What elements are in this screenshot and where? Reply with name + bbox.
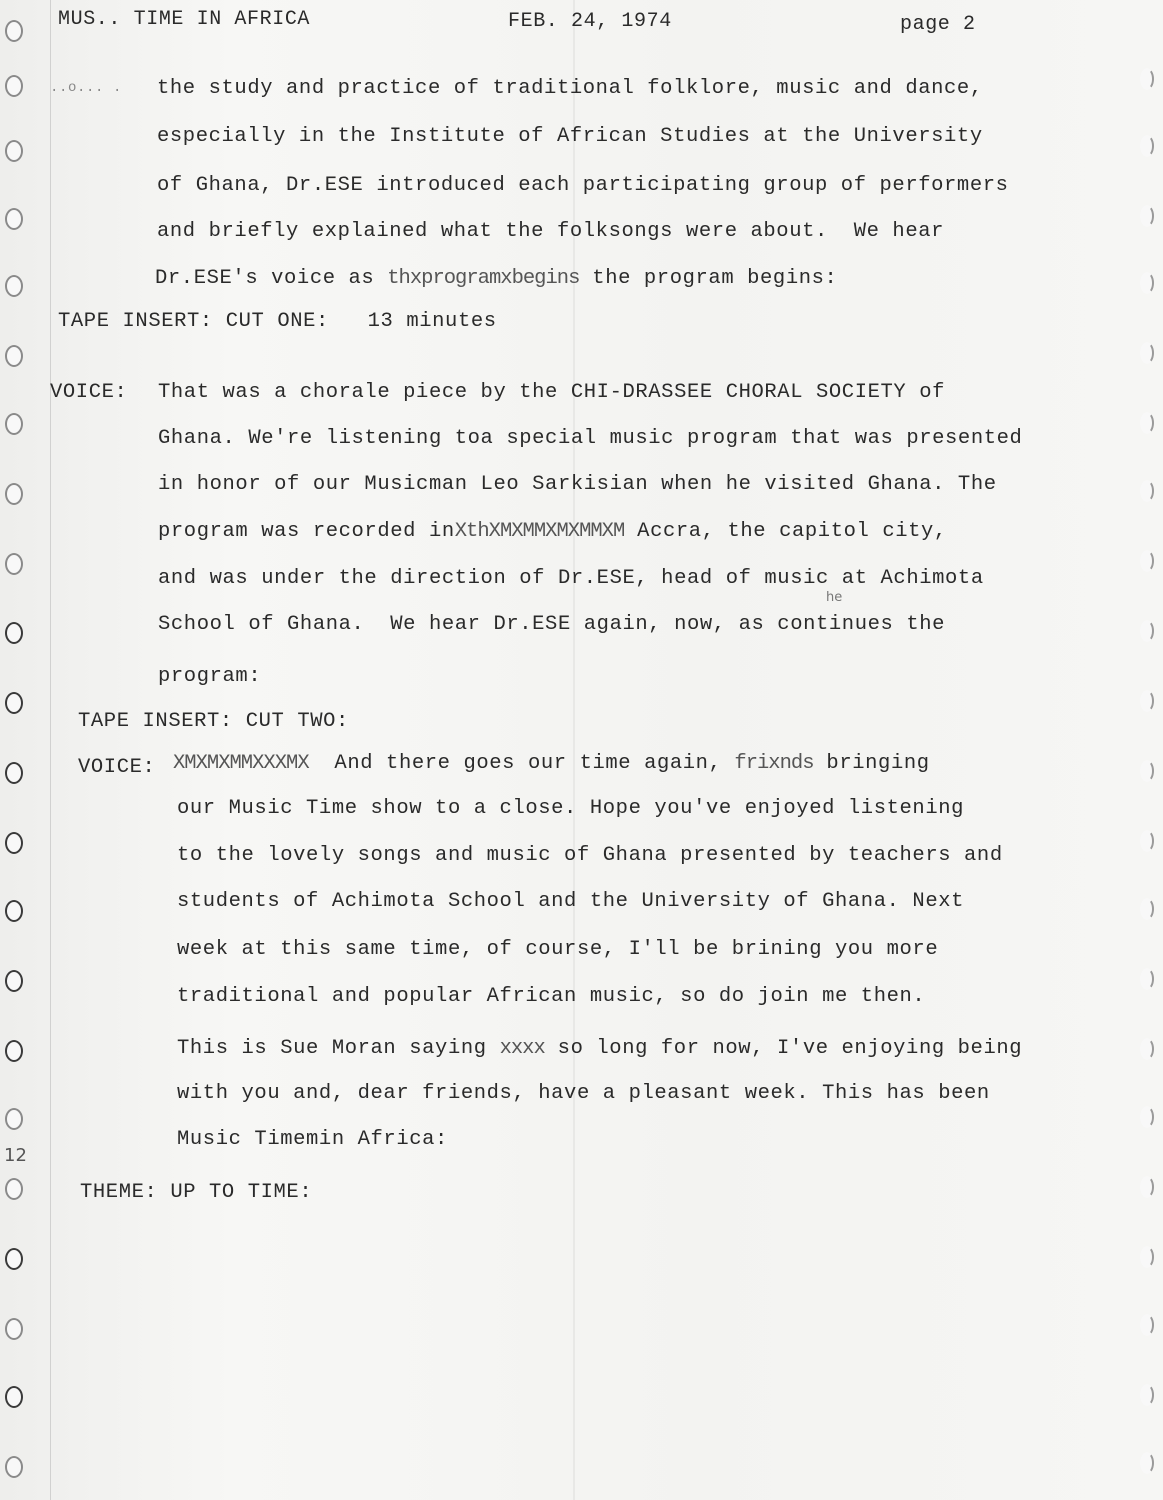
punch-hole [5,900,23,922]
text-line: program: [158,665,261,688]
text-span: Accra, the capitol city, [624,520,947,543]
text-line: especially in the Institute of African S… [157,125,983,148]
header-title: MUS.. TIME IN AFRICA [58,8,310,31]
text-line: Ghana. We're listening toa special music… [158,427,1022,450]
punch-hole [5,345,23,367]
theme-line: THEME: UP TO TIME: [80,1181,312,1204]
punch-hole [1140,205,1154,227]
punch-hole [5,20,23,42]
punch-hole [5,483,23,505]
continuation-marker: ..o... . [50,80,122,96]
punch-hole [1140,412,1154,434]
struck-text: xxxx [500,1037,545,1060]
punch-hole [5,622,23,644]
text-line: Music Timemin Africa: [177,1128,448,1151]
punch-hole [1140,272,1154,294]
text-line: to the lovely songs and music of Ghana p… [177,844,1003,867]
punch-hole [5,140,23,162]
text-line: week at this same time, of course, I'll … [177,938,938,961]
struck-text: XMXMXMMXXXMX [173,752,309,775]
punch-hole [1140,550,1154,572]
punch-hole [1140,1452,1154,1474]
punch-hole [5,1386,23,1408]
punch-hole [5,1318,23,1340]
voice-label: VOICE: [78,756,155,779]
text-line: and briefly explained what the folksongs… [157,220,944,243]
punch-hole [5,553,23,575]
punch-hole [1140,760,1154,782]
text-line: and was under the direction of Dr.ESE, h… [158,567,984,590]
punch-hole [5,1108,23,1130]
tape-insert-cut-two: TAPE INSERT: CUT TWO: [78,710,349,733]
punch-hole [5,208,23,230]
punch-hole [1140,342,1154,364]
punch-hole [5,1456,23,1478]
punch-hole [5,1040,23,1062]
punch-hole [1140,968,1154,990]
text-span: so long for now, I've enjoying being [545,1037,1022,1060]
header-page-number: page 2 [900,13,976,36]
text-line: with you and, dear friends, have a pleas… [177,1082,990,1105]
handwritten-note: he [826,590,842,605]
text-span: Dr.ESE's voice as [155,267,387,290]
text-line: That was a chorale piece by the CHI-DRAS… [158,381,945,404]
text-line: the study and practice of traditional fo… [157,77,983,100]
text-line: in honor of our Musicman Leo Sarkisian w… [158,473,997,496]
punch-hole [5,1248,23,1270]
punch-hole [1140,1176,1154,1198]
text-line: students of Achimota School and the Univ… [177,890,964,913]
margin-rule [50,0,51,1500]
punch-hole [5,970,23,992]
margin-mark: 12 [4,1145,27,1166]
text-line: XMXMXMMXXXMX And there goes our time aga… [173,752,930,775]
punch-hole [5,413,23,435]
text-line: of Ghana, Dr.ESE introduced each partici… [157,174,1009,197]
punch-hole [5,275,23,297]
punch-hole [1140,1314,1154,1336]
punch-hole [1140,135,1154,157]
punch-hole [1140,1384,1154,1406]
struck-text: thxprogramxbegins [387,267,579,290]
typed-page: MUS.. TIME IN AFRICA FEB. 24, 1974 page … [0,0,1163,1500]
punch-hole [1140,1246,1154,1268]
text-line: traditional and popular African music, s… [177,985,925,1008]
punch-hole [5,1178,23,1200]
punch-hole [5,692,23,714]
voice-label: VOICE: [50,381,127,404]
text-span: bringing [814,752,930,775]
punch-hole [1140,898,1154,920]
punch-hole [1140,68,1154,90]
struck-text: XthXMXMMXMXMMXM [455,520,625,543]
text-line: School of Ghana. We hear Dr.ESE again, n… [158,613,945,636]
struck-text: frixnds [734,752,813,775]
punch-hole [1140,480,1154,502]
header-date: FEB. 24, 1974 [508,10,672,33]
text-span: This is Sue Moran saying [177,1037,500,1060]
punch-hole [1140,620,1154,642]
punch-hole [1140,1106,1154,1128]
text-span: program was recorded in [158,520,455,543]
punch-hole [5,762,23,784]
text-span: the program begins: [579,267,837,290]
punch-hole [5,75,23,97]
punch-hole [1140,690,1154,712]
text-line: Dr.ESE's voice as thxprogramxbegins the … [155,267,837,290]
text-span: And there goes our time again, [309,752,735,775]
text-line: This is Sue Moran saying xxxx so long fo… [177,1037,1022,1060]
punch-hole [1140,830,1154,852]
text-line: our Music Time show to a close. Hope you… [177,797,964,820]
punch-hole [5,832,23,854]
text-line: program was recorded inXthXMXMMXMXMMXM A… [158,520,947,543]
tape-insert-cut-one: TAPE INSERT: CUT ONE: 13 minutes [58,310,497,333]
punch-hole [1140,1038,1154,1060]
